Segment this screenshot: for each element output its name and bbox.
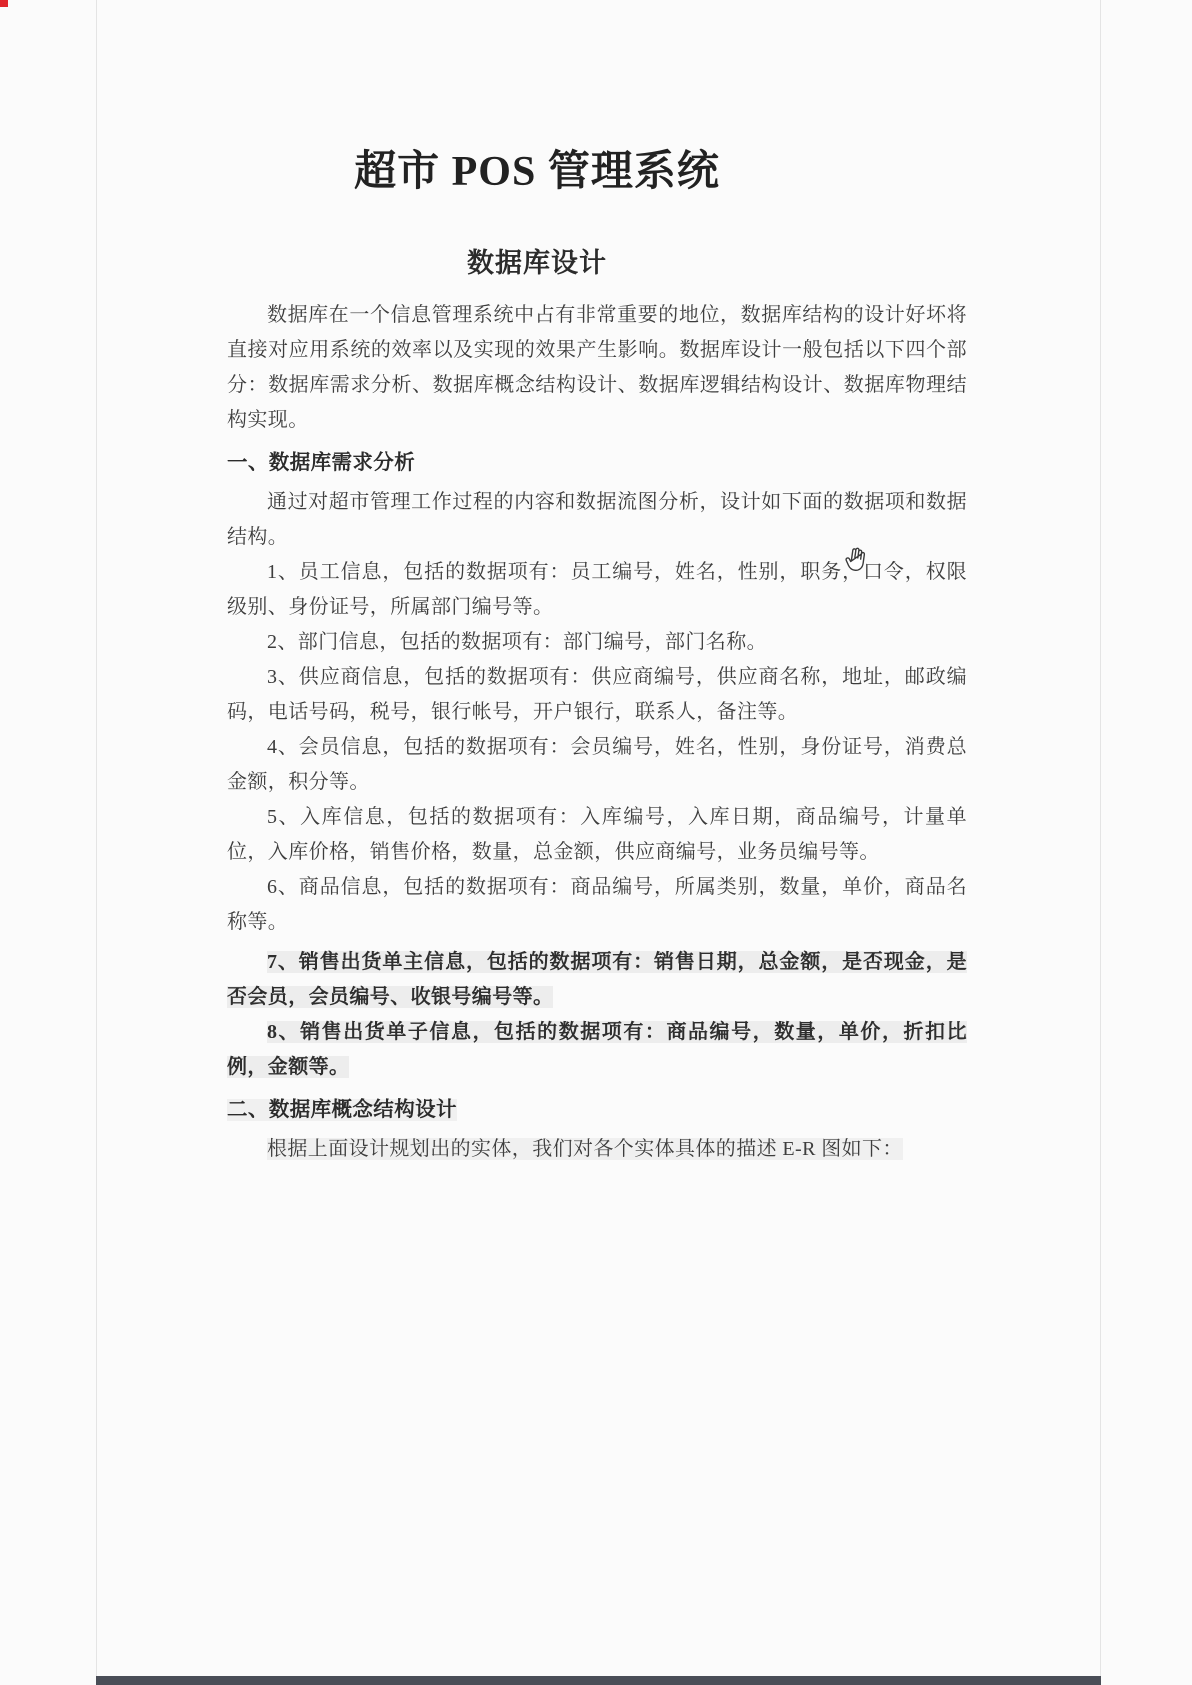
document-title: 超市 POS 管理系统 (227, 146, 847, 198)
list-item-sales-detail-info: 8、销售出货单子信息，包括的数据项有：商品编号，数量，单价，折扣比例，金额等。 (227, 1015, 967, 1085)
selected-text: 根据上面设计规划出的实体，我们对各个实体具体的描述 E-R 图如下： (267, 1138, 903, 1160)
red-marker (0, 0, 8, 7)
document-subtitle: 数据库设计 (227, 246, 847, 280)
intro-paragraph: 数据库在一个信息管理系统中占有非常重要的地位，数据库结构的设计好坏将直接对应用系… (227, 298, 967, 438)
document-page[interactable]: 超市 POS 管理系统 数据库设计 数据库在一个信息管理系统中占有非常重要的地位… (227, 0, 967, 1167)
list-item-product-info: 6、商品信息，包括的数据项有：商品编号，所属类别，数量，单价，商品名称等。 (227, 870, 967, 940)
section2-lead-paragraph: 根据上面设计规划出的实体，我们对各个实体具体的描述 E-R 图如下： (227, 1132, 967, 1167)
selected-text: 二、数据库概念结构设计 (227, 1099, 457, 1121)
list-item-sales-master-info: 7、销售出货单主信息，包括的数据项有：销售日期，总金额，是否现金，是否会员，会员… (227, 945, 967, 1015)
section1-lead-paragraph: 通过对超市管理工作过程的内容和数据流图分析，设计如下面的数据项和数据结构。 (227, 485, 967, 555)
selected-text: 8、销售出货单子信息，包括的数据项有：商品编号，数量，单价，折扣比例，金额等。 (227, 1021, 967, 1078)
list-item-member-info: 4、会员信息，包括的数据项有：会员编号，姓名，性别，身份证号，消费总金额，积分等… (227, 730, 967, 800)
page-left-edge (96, 0, 97, 1685)
page-right-edge (1100, 0, 1101, 1685)
list-item-supplier-info: 3、供应商信息，包括的数据项有：供应商编号，供应商名称，地址，邮政编码，电话号码… (227, 660, 967, 730)
list-item-employee-info: 1、员工信息，包括的数据项有：员工编号，姓名，性别，职务，口令，权限级别、身份证… (227, 555, 967, 625)
section1-heading: 一、数据库需求分析 (227, 446, 967, 481)
list-item-department-info: 2、部门信息，包括的数据项有：部门编号，部门名称。 (227, 625, 967, 660)
section2-heading: 二、数据库概念结构设计 (227, 1093, 967, 1128)
selected-text: 7、销售出货单主信息，包括的数据项有：销售日期，总金额，是否现金，是否会员，会员… (227, 951, 967, 1008)
page-bottom-bar (96, 1676, 1101, 1685)
list-item-stockin-info: 5、入库信息，包括的数据项有：入库编号，入库日期，商品编号，计量单位，入库价格，… (227, 800, 967, 870)
